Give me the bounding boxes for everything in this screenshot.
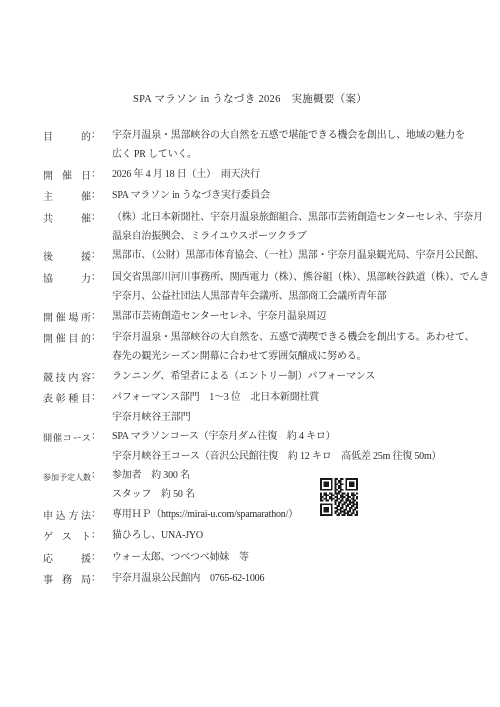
row-label-separator: ： — [91, 367, 101, 386]
row-line: 専用ＨＰ（https://mirai-u.com/spamarathon/） — [112, 505, 472, 524]
row-label-box: 表彰種目 — [43, 388, 91, 409]
row-line: ランニング、希望者による（エントリー制）パフォーマンス — [112, 367, 472, 386]
row-content: パフォーマンス部門 1～3 位 北日本新聞社賞宇奈月峡谷王部門 — [112, 388, 472, 427]
row-label-box: 共催 — [43, 208, 91, 229]
definition-row: 参加予定人数：参加者 約 300 名スタッフ 約 50 名 — [43, 466, 472, 505]
row-label-separator: ： — [91, 388, 101, 407]
row-content: SPA マラソンコース（宇奈月ダム往復 約 4 キロ）宇奈月峡谷王コース（音沢公… — [112, 427, 472, 466]
row-line: 黒部市芸術創造センターセレネ、宇奈月温泉周辺 — [112, 307, 472, 326]
row-label-separator: ： — [91, 307, 101, 326]
row-label-box: 開催コース — [43, 427, 91, 448]
row-label-separator: ： — [91, 186, 101, 205]
row-label: 開催場所 — [43, 309, 91, 328]
row-label-box: 応援 — [43, 548, 91, 569]
row-label-box: 競技内容 — [43, 367, 91, 388]
row-label: 協力 — [43, 270, 91, 289]
row-content: 国交省黒部川河川事務所、関西電力（株）、熊谷組（株）、黒部峡谷鉄道（株）、でんき… — [112, 268, 472, 307]
row-content: SPA マラソン in うなづき実行委員会 — [112, 186, 472, 205]
row-label: ゲスト — [43, 528, 91, 547]
row-label-box: 事務局 — [43, 569, 91, 590]
row-line: 春先の観光シーズン開幕に合わせて雰囲気醸成に努める。 — [112, 347, 472, 366]
row-label-box: 目的 — [43, 126, 91, 147]
row-content: 黒部市、（公財）黒部市体育協会、（一社）黒部・宇奈月温泉観光局、宇奈月公民館、 — [112, 246, 472, 265]
row-line: 宇奈月、公益社団法人黒部青年会議所、黒部商工会議所青年部 — [112, 287, 472, 306]
row-line: （株）北日本新聞社、宇奈月温泉旅館組合、黒部市芸術創造センターセレネ、宇奈月 — [112, 208, 472, 227]
row-label-separator: ： — [91, 208, 101, 227]
row-label: 開催コース — [43, 429, 91, 448]
row-label: 申込方法 — [43, 507, 91, 526]
row-label-box: 申込方法 — [43, 505, 91, 526]
row-label-separator: ： — [91, 268, 101, 287]
row-label-box: 後援 — [43, 246, 91, 267]
row-label-separator: ： — [91, 246, 101, 265]
definition-row: 応援：ウォー太郎、つべつべ姉妹 等 — [43, 548, 472, 569]
row-label-separator: ： — [91, 569, 101, 588]
row-line: 宇奈月温泉公民館内 0765-62-1006 — [112, 569, 472, 588]
row-line: SPA マラソンコース（宇奈月ダム往復 約 4 キロ） — [112, 427, 472, 446]
row-label-separator: ： — [91, 548, 101, 567]
row-line: SPA マラソン in うなづき実行委員会 — [112, 186, 472, 205]
row-line: 宇奈月峡谷王コース（音沢公民館往復 約 12 キロ 高低差 25m 往復 50m… — [112, 447, 472, 466]
definition-row: 協力：国交省黒部川河川事務所、関西電力（株）、熊谷組（株）、黒部峡谷鉄道（株）、… — [43, 268, 472, 307]
row-label: 目的 — [43, 128, 91, 147]
definition-row: ゲスト：猫ひろし、UNA-JYO — [43, 526, 472, 547]
row-label: 競技内容 — [43, 369, 91, 388]
row-label: 主催 — [43, 188, 91, 207]
definition-row: 開催目的：宇奈月温泉・黒部峡谷の大自然を、五感で満喫できる機会を創出する。あわせ… — [43, 328, 472, 367]
row-line: 2026 年 4 月 18 日（土） 雨天決行 — [112, 165, 472, 184]
row-content: 2026 年 4 月 18 日（土） 雨天決行 — [112, 165, 472, 184]
row-line: 宇奈月峡谷王部門 — [112, 408, 472, 427]
row-content: 黒部市芸術創造センターセレネ、宇奈月温泉周辺 — [112, 307, 472, 326]
definition-row: 開催日：2026 年 4 月 18 日（土） 雨天決行 — [43, 165, 472, 186]
row-content: 宇奈月温泉・黒部峡谷の大自然を五感で堪能できる機会を創出し、地域の魅力を広く P… — [112, 126, 472, 165]
row-label: 参加予定人数 — [43, 468, 91, 487]
definition-row: 開催コース：SPA マラソンコース（宇奈月ダム往復 約 4 キロ）宇奈月峡谷王コ… — [43, 427, 472, 466]
row-label-box: 開催目的 — [43, 328, 91, 349]
row-label-box: ゲスト — [43, 526, 91, 547]
row-label-box: 開催場所 — [43, 307, 91, 328]
row-label-separator: ： — [91, 328, 101, 347]
row-line: 温泉自治振興会、ミライユウスポーツクラブ — [112, 227, 472, 246]
document-body: 目的：宇奈月温泉・黒部峡谷の大自然を五感で堪能できる機会を創出し、地域の魅力を広… — [0, 126, 500, 590]
row-line: 国交省黒部川河川事務所、関西電力（株）、熊谷組（株）、黒部峡谷鉄道（株）、でんき — [112, 268, 472, 287]
row-line: 宇奈月温泉・黒部峡谷の大自然を、五感で満喫できる機会を創出する。あわせて、 — [112, 328, 472, 347]
row-label: 共催 — [43, 210, 91, 229]
definition-row: 競技内容：ランニング、希望者による（エントリー制）パフォーマンス — [43, 367, 472, 388]
row-label: 開催日 — [43, 167, 91, 186]
row-label-separator: ： — [91, 526, 101, 545]
row-line: スタッフ 約 50 名 — [112, 485, 472, 504]
definition-row: 申込方法：専用ＨＰ（https://mirai-u.com/spamaratho… — [43, 505, 472, 526]
definition-row: 表彰種目：パフォーマンス部門 1～3 位 北日本新聞社賞宇奈月峡谷王部門 — [43, 388, 472, 427]
row-content: 参加者 約 300 名スタッフ 約 50 名 — [112, 466, 472, 505]
row-label: 開催目的 — [43, 330, 91, 349]
row-content: 宇奈月温泉・黒部峡谷の大自然を、五感で満喫できる機会を創出する。あわせて、春先の… — [112, 328, 472, 367]
row-line: 広く PR していく。 — [112, 145, 472, 164]
definition-row: 主催：SPA マラソン in うなづき実行委員会 — [43, 186, 472, 207]
row-content: 宇奈月温泉公民館内 0765-62-1006 — [112, 569, 472, 588]
row-content: 専用ＨＰ（https://mirai-u.com/spamarathon/） — [112, 505, 472, 524]
row-line: 参加者 約 300 名 — [112, 466, 472, 485]
row-label-separator: ： — [91, 427, 101, 446]
document-page: SPA マラソン in うなづき 2026 実施概要（案） 目的：宇奈月温泉・黒… — [0, 0, 500, 707]
row-content: ウォー太郎、つべつべ姉妹 等 — [112, 548, 472, 567]
definition-row: 事務局：宇奈月温泉公民館内 0765-62-1006 — [43, 569, 472, 590]
definition-row: 目的：宇奈月温泉・黒部峡谷の大自然を五感で堪能できる機会を創出し、地域の魅力を広… — [43, 126, 472, 165]
row-line: 猫ひろし、UNA-JYO — [112, 526, 472, 545]
row-label-box: 協力 — [43, 268, 91, 289]
row-label-separator: ： — [91, 466, 101, 485]
row-line: 黒部市、（公財）黒部市体育協会、（一社）黒部・宇奈月温泉観光局、宇奈月公民館、 — [112, 246, 472, 265]
row-label-separator: ： — [91, 505, 101, 524]
row-label-box: 参加予定人数 — [43, 466, 91, 487]
definition-row: 後援：黒部市、（公財）黒部市体育協会、（一社）黒部・宇奈月温泉観光局、宇奈月公民… — [43, 246, 472, 267]
row-line: パフォーマンス部門 1～3 位 北日本新聞社賞 — [112, 388, 472, 407]
row-content: 猫ひろし、UNA-JYO — [112, 526, 472, 545]
row-label-box: 開催日 — [43, 165, 91, 186]
row-line: ウォー太郎、つべつべ姉妹 等 — [112, 548, 472, 567]
row-label-separator: ： — [91, 126, 101, 145]
qr-code-icon — [320, 478, 358, 516]
row-content: ランニング、希望者による（エントリー制）パフォーマンス — [112, 367, 472, 386]
row-label: 後援 — [43, 248, 91, 267]
row-line: 宇奈月温泉・黒部峡谷の大自然を五感で堪能できる機会を創出し、地域の魅力を — [112, 126, 472, 145]
row-label-box: 主催 — [43, 186, 91, 207]
row-label: 事務局 — [43, 571, 91, 590]
row-content: （株）北日本新聞社、宇奈月温泉旅館組合、黒部市芸術創造センターセレネ、宇奈月温泉… — [112, 208, 472, 247]
definition-row: 開催場所：黒部市芸術創造センターセレネ、宇奈月温泉周辺 — [43, 307, 472, 328]
definition-row: 共催：（株）北日本新聞社、宇奈月温泉旅館組合、黒部市芸術創造センターセレネ、宇奈… — [43, 208, 472, 247]
row-label-separator: ： — [91, 165, 101, 184]
page-title: SPA マラソン in うなづき 2026 実施概要（案） — [0, 93, 500, 106]
row-label: 応援 — [43, 550, 91, 569]
row-label: 表彰種目 — [43, 390, 91, 409]
